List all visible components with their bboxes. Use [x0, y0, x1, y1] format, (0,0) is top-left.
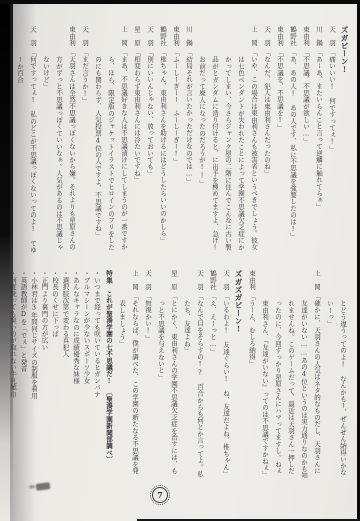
dialogue-line: 星 原「とにかく、東由利さんの学園不思議欠乏症を治すには、もっと不思議を与えない… [154, 270, 180, 480]
speaker-name: 天 羽 [81, 26, 89, 46]
feature-header: 特集 これが聖湊学園の七不思議だ! 〔聖湊学園新聞部調べ〕 [102, 270, 115, 480]
dialogue-line: 上 岡「いや、この場合は東由利さんも被害者というべきでしょう。彼女は七色ペンダン… [195, 26, 260, 256]
speaker-name: 東由利 [276, 26, 284, 46]
feature-bullet: ・校長のくせに下っぱ [50, 270, 61, 480]
dialogue-line: 星 原「相変わらず東由利さんには冷たいですね」 [130, 26, 143, 256]
dialogue-line: 天 羽「なんだ、犯人は東由利さんだったのね」 [260, 26, 273, 256]
speaker-name: 天 羽 [263, 26, 271, 46]
speaker-name: 鶴野社 [159, 26, 167, 46]
speaker-name: 東由利 [68, 26, 76, 46]
dialogue-line: 天 羽「いるわよ! 友達ぐらい! ね、友達だよね、椎ちゃん」 [219, 270, 232, 480]
speaker-name: 東由利 [172, 26, 180, 46]
speaker-name: 天 羽 [29, 26, 37, 46]
text-block-upper: ズガビーン!天 羽「痛いいい! 何ですってぇ!」川 鍋「あーあ、またいらんこと言… [13, 26, 351, 256]
dialogue-line: 鶴野社「あ、あの人! あの人です、私に不思議を強要したのは!」 [286, 26, 299, 256]
dialogue-line: 上 岡「確かに、天羽さんの人気はネタ的なものだし、天羽さんに友達がいない……あの… [258, 270, 323, 480]
scanned-book-page: ズガビーン!天 羽「痛いいい! 何ですってぇ!」川 鍋「あーあ、またいらんこと言… [0, 0, 360, 521]
feature-bullet: ・何度洗っても臭いのが取れない牛乳雑巾 [8, 270, 19, 480]
page-number: 7 [157, 490, 163, 500]
speaker-name: 天 羽 [144, 270, 152, 290]
feature-bullet: ・あんなキャラなのに成績優秀な妹様 [71, 270, 82, 480]
sfx-header: ズガズガビーン! [232, 270, 245, 480]
speaker-name: 鶴野社 [209, 270, 217, 290]
speaker-name: 星 原 [133, 26, 141, 46]
speaker-name: 天 羽 [196, 270, 204, 290]
feature-bullet: ・正門より裏門の方が広い [39, 270, 50, 480]
feature-bullet: ・いつまで経っても咲いているヒガンバナ [92, 270, 103, 480]
scan-edge-top [0, 0, 360, 4]
dialogue-line: 鶴野社「え、えーっと…」 [206, 270, 219, 480]
dialogue-line: 東由利「不思議、不思議が欲しい…」 [299, 26, 312, 256]
dialogue-line: 天 羽「まだ言うか!」 [78, 26, 91, 256]
dialogue-line: 東由利「不思議を、不思議を!」 [273, 26, 286, 256]
text-block-lower: とどう違うってのよ! なんかもー、ぜんぜん納得いかないーっ」上 岡「確かに、天羽… [11, 270, 349, 480]
page-number-badge: 7 [152, 487, 168, 503]
dialogue-line: 川 鍋「あーあ、またいらんこと言って逆鱗に触れてらぁ」 [312, 26, 325, 256]
dialogue-line: 上 岡「まあ、不思議好きな人は不思議漬けにしてしまうのが一番ですから、ほら、限定… [91, 26, 130, 256]
dialogue-line: 東由利「うーん、むしろ納得」 [245, 270, 258, 480]
speaker-name: 東由利 [248, 270, 256, 290]
speaker-name: 川 鍋 [315, 26, 323, 46]
feature-bullet: ・小林君は3年間同じサイズの制服を着用 [29, 270, 40, 480]
speaker-name: 上 岡 [120, 26, 128, 46]
dialogue-line: 上 岡「それならば、僕が調べた、この学園の新たなる不思議を発表しましょう」 [115, 270, 141, 480]
speaker-name: 東由利 [302, 26, 310, 46]
speaker-name: 天 羽 [222, 270, 230, 290]
speaker-name: 天 羽 [146, 26, 154, 46]
dialogue-line: 天 羽「痛いいい! 何ですってぇ!」 [325, 26, 338, 256]
speaker-name: 天 羽 [328, 26, 336, 46]
speaker-name: 星 原 [170, 270, 178, 290]
dialogue-continuation: とどう違うってのよ! なんかもー、ぜんぜん納得いかないーっ」 [323, 270, 349, 480]
dialogue-line: 天 羽「無視かい!」 [141, 270, 154, 480]
dialogue-line: 天 羽「何ですってぇ! 私のどこが不思議っぽくないってのよ! てゆーか百合 [13, 26, 39, 256]
feature-bullet: ・英語教師がDを「でぇ」と発音 [18, 270, 29, 480]
speaker-name: 上 岡 [131, 270, 139, 290]
feature-bullet: ・選択肢次第で変わる真犯人 [60, 270, 71, 480]
ink-smudge-icon [36, 482, 51, 491]
speaker-name: 上 岡 [313, 270, 321, 290]
dialogue-line: 東由利「天羽さんは全然不思議っぽくないから嫌。それよりも星原さんの方がずっと不思… [39, 26, 78, 256]
dialogue-line: 天 羽「別にいいんじゃない、放っておいても」 [143, 26, 156, 256]
feature-bullet: ・ブルマシーンが少ないスポーツ少女 [81, 270, 92, 480]
speaker-name: 鶴野社 [289, 26, 297, 46]
dialogue-line: 川 鍋「結局それが言いたかっただけなのでは…」 [182, 26, 195, 256]
speaker-name: 上 岡 [250, 26, 258, 46]
dialogue-line: 東由利「ふーしーぎーー ふーしーぎー!」 [169, 26, 182, 256]
dialogue-line: 鶴野社「椎ちゃん、東由利さんを助けるにはどうしたらいいのかしら」 [156, 26, 169, 256]
dialogue-line: 天 羽「なんで目をそらすの!? 百合からも何とか言ってよ。私たち、友達よね」 [180, 270, 206, 480]
speaker-name: 川 鍋 [185, 26, 193, 46]
sfx-header: ズガビーン! [338, 26, 351, 256]
